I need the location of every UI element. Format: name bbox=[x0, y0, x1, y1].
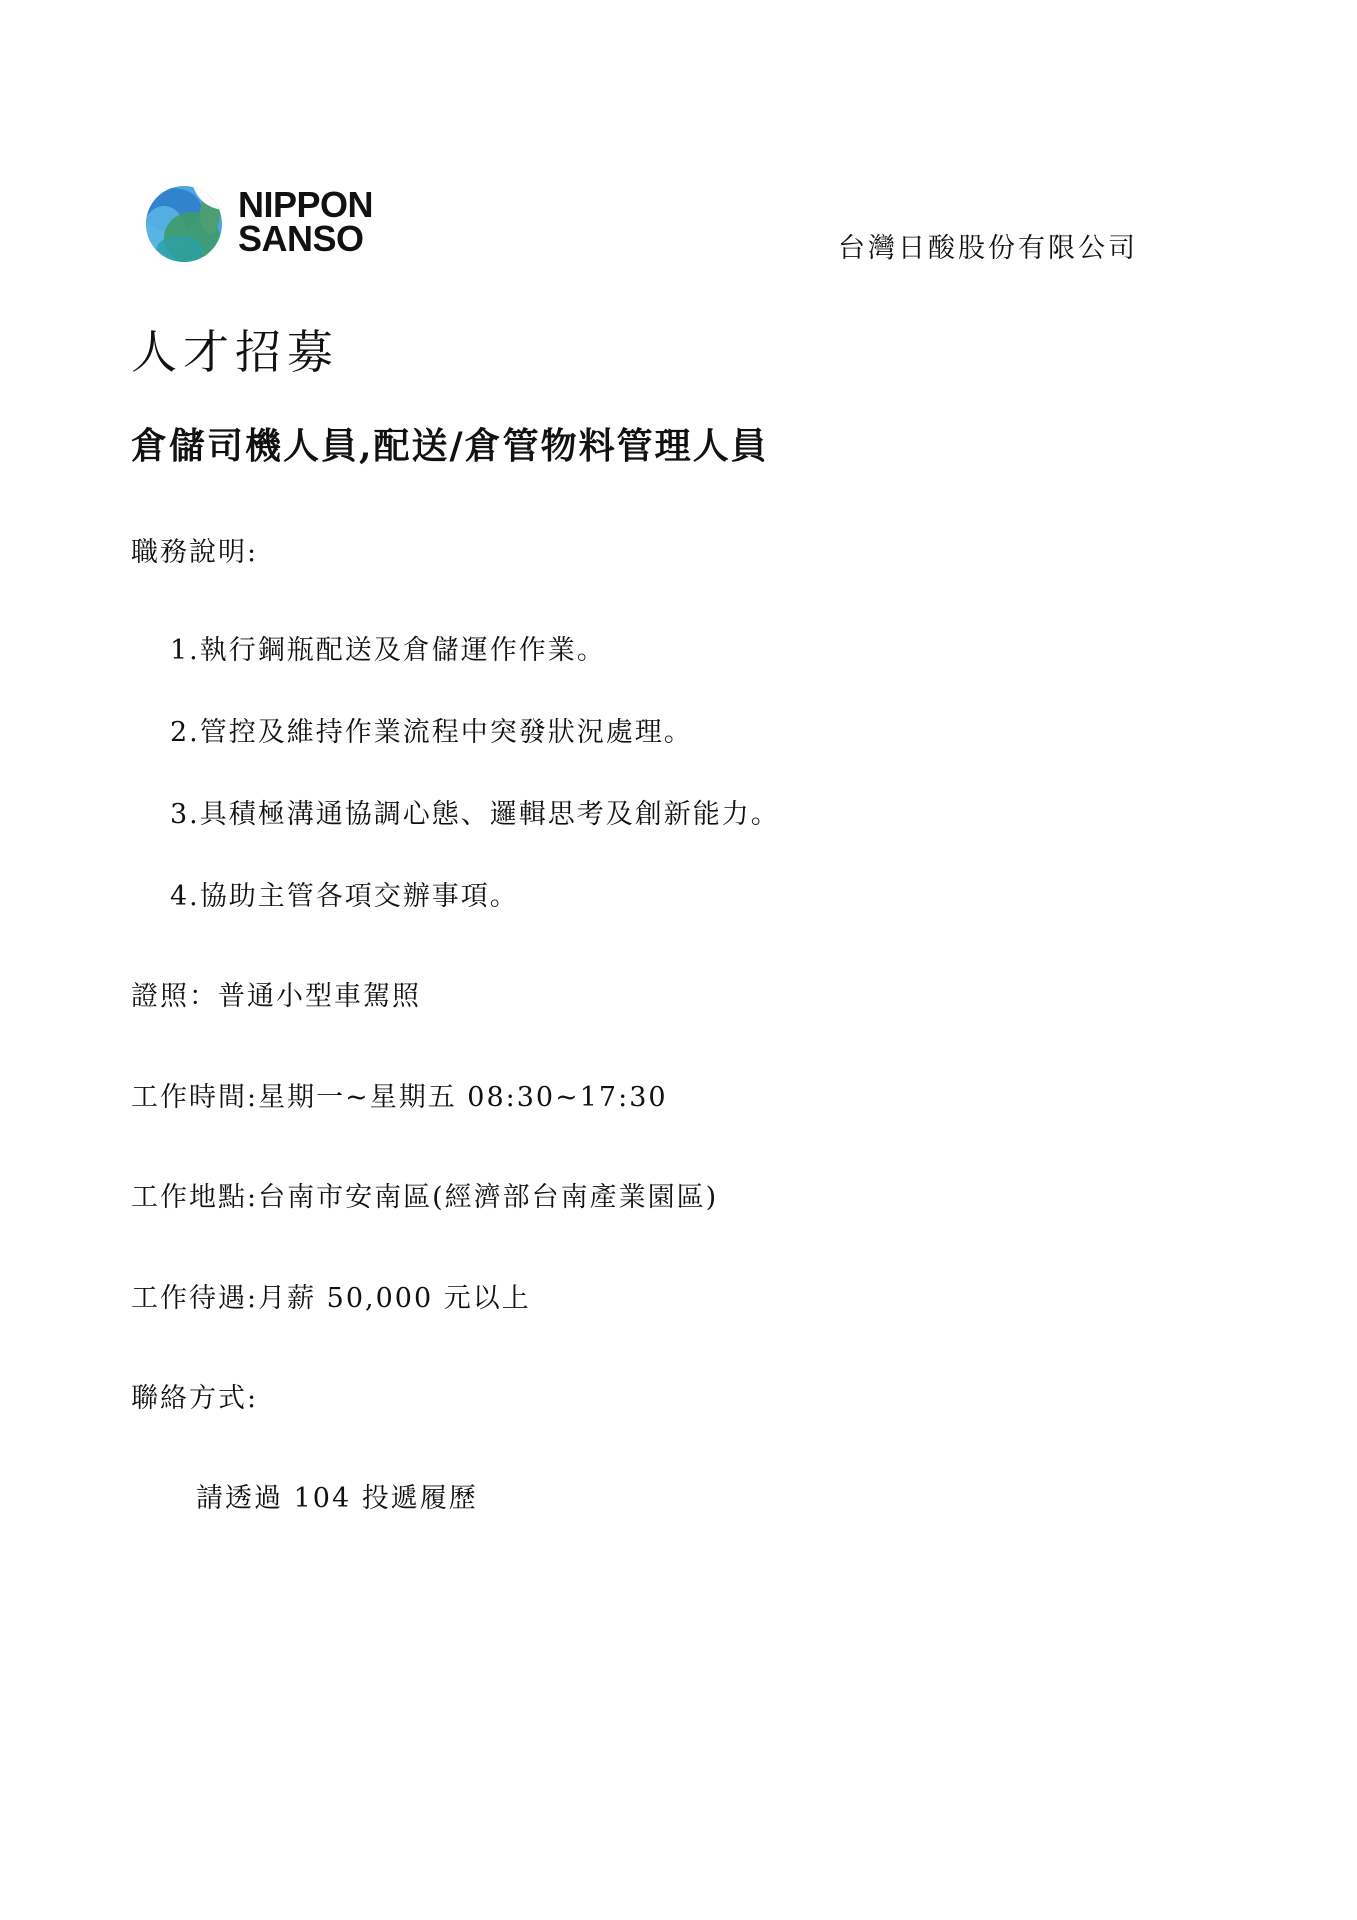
duties-label: 職務說明: bbox=[131, 530, 258, 569]
contact-label: 聯絡方式: bbox=[131, 1376, 258, 1415]
license-requirement: 證照：普通小型車駕照 bbox=[131, 974, 421, 1013]
salary: 工作待遇:月薪 50,000 元以上 bbox=[131, 1276, 531, 1315]
duty-item: 2.管控及維持作業流程中突發狀況處理。 bbox=[170, 710, 693, 749]
page-title: 人才招募 bbox=[131, 316, 339, 382]
job-title: 倉儲司機人員,配送/倉管物料管理人員 bbox=[131, 418, 769, 469]
duty-item: 1.執行鋼瓶配送及倉儲運作作業。 bbox=[170, 628, 606, 667]
contact-method: 請透過 104 投遞履歷 bbox=[196, 1476, 478, 1515]
work-hours: 工作時間:星期一~星期五 08:30~17:30 bbox=[131, 1075, 668, 1114]
logo-wordmark: NIPPON SANSO bbox=[238, 188, 373, 256]
logo-line-1: NIPPON bbox=[238, 188, 373, 222]
duty-item: 4.協助主管各項交辦事項。 bbox=[170, 874, 519, 913]
duty-item: 3.具積極溝通協調心態、邏輯思考及創新能力。 bbox=[170, 792, 780, 831]
work-location: 工作地點:台南市安南區(經濟部台南產業園區) bbox=[131, 1175, 718, 1214]
logo-line-2: SANSO bbox=[238, 222, 373, 256]
company-name: 台灣日酸股份有限公司 bbox=[838, 226, 1138, 265]
nippon-sanso-globe-icon bbox=[144, 184, 224, 264]
company-logo: NIPPON SANSO bbox=[144, 184, 394, 264]
